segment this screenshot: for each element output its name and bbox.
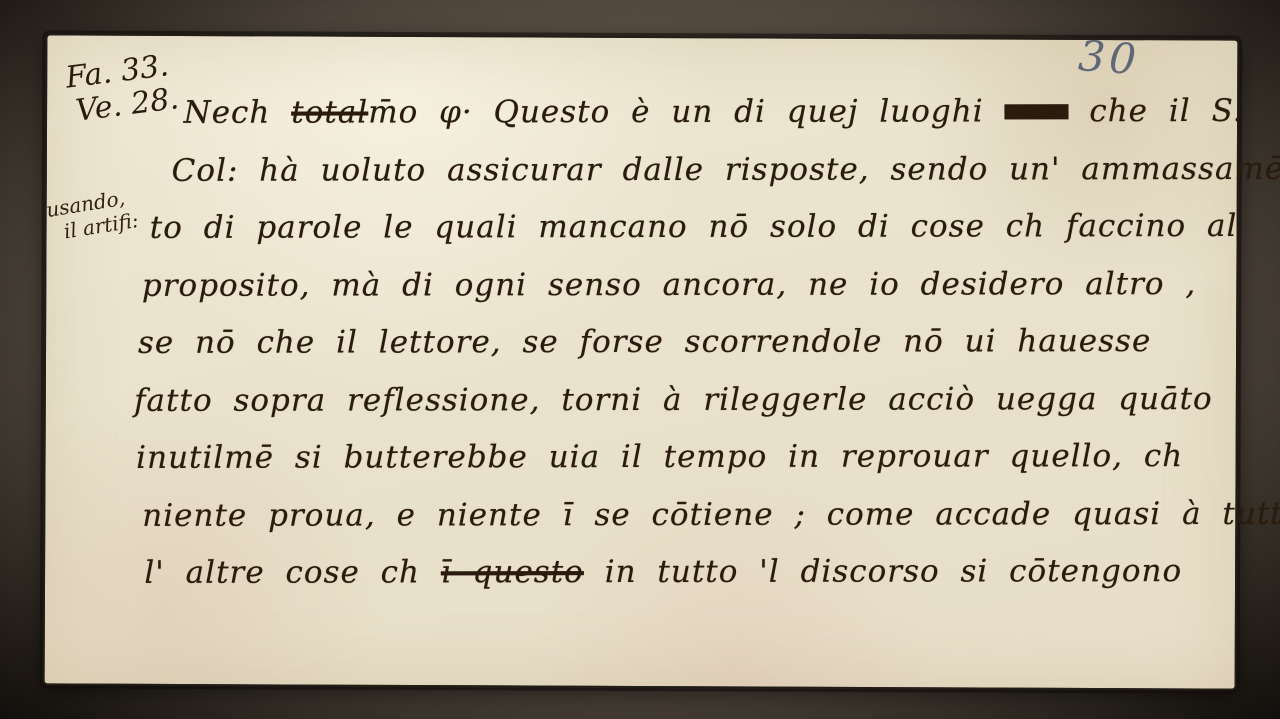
manuscript-paper: Fa. 33. Ve. 28. usando, il artifi: 30 Ne… [43,33,1240,690]
manuscript-line: niente proua, e niente ī se cōtiene ; co… [142,495,1280,533]
handwritten-text: fatto sopra reflessione, torni à rilegge… [134,381,1213,419]
manuscript-line: proposito, mà di ogni senso ancora, ne i… [142,266,1196,304]
manuscript-line: l' altre cose ch ī questo in tutto 'l di… [144,553,1182,591]
struck-text: total [291,94,368,130]
manuscript-photo: Fa. 33. Ve. 28. usando, il artifi: 30 Ne… [0,0,1280,719]
handwritten-text: inutilmē si butterebbe uia il tempo in r… [136,438,1183,476]
struck-text: ī questo [441,554,584,590]
handwritten-text: Nech [184,95,292,131]
margin-note: usando, il artifi: [45,184,141,245]
manuscript-line: se nō che il lettore, se forse scorrendo… [138,323,1151,361]
manuscript-line: Nech totalm̄o φ· Questo è un di quej luo… [184,93,1244,131]
handwritten-text: l' altre cose ch [144,554,441,591]
handwritten-text: in tutto 'l discorso si cōtengono [584,553,1182,590]
handwritten-text: m̄o φ· Questo è un di quej luoghi [368,93,1004,130]
handwritten-text: niente proua, e niente ī se cōtiene ; co… [142,495,1280,533]
manuscript-line: fatto sopra reflessione, torni à rilegge… [134,381,1213,419]
handwritten-text: se nō che il lettore, se forse scorrendo… [138,323,1151,361]
ink-layer: Fa. 33. Ve. 28. usando, il artifi: 30 Ne… [45,37,1236,687]
page-number: 30 [1076,31,1141,84]
handwritten-text: proposito, mà di ogni senso ancora, ne i… [142,266,1196,304]
ink-blot: —— [1004,93,1068,129]
handwritten-text: che il S. [1068,93,1243,129]
handwriting-lines: Nech totalm̄o φ· Questo è un di quej luo… [45,37,1235,39]
manuscript-line: Col: hà uoluto assicurar dalle risposte,… [172,150,1280,188]
handwritten-text: to di parole le quali mancano nō solo di… [150,208,1238,246]
manuscript-line: inutilmē si butterebbe uia il tempo in r… [136,438,1183,476]
manuscript-line: to di parole le quali mancano nō solo di… [150,208,1238,246]
folio-note: Fa. 33. Ve. 28. [64,48,181,129]
handwritten-text: Col: hà uoluto assicurar dalle risposte,… [172,150,1280,188]
